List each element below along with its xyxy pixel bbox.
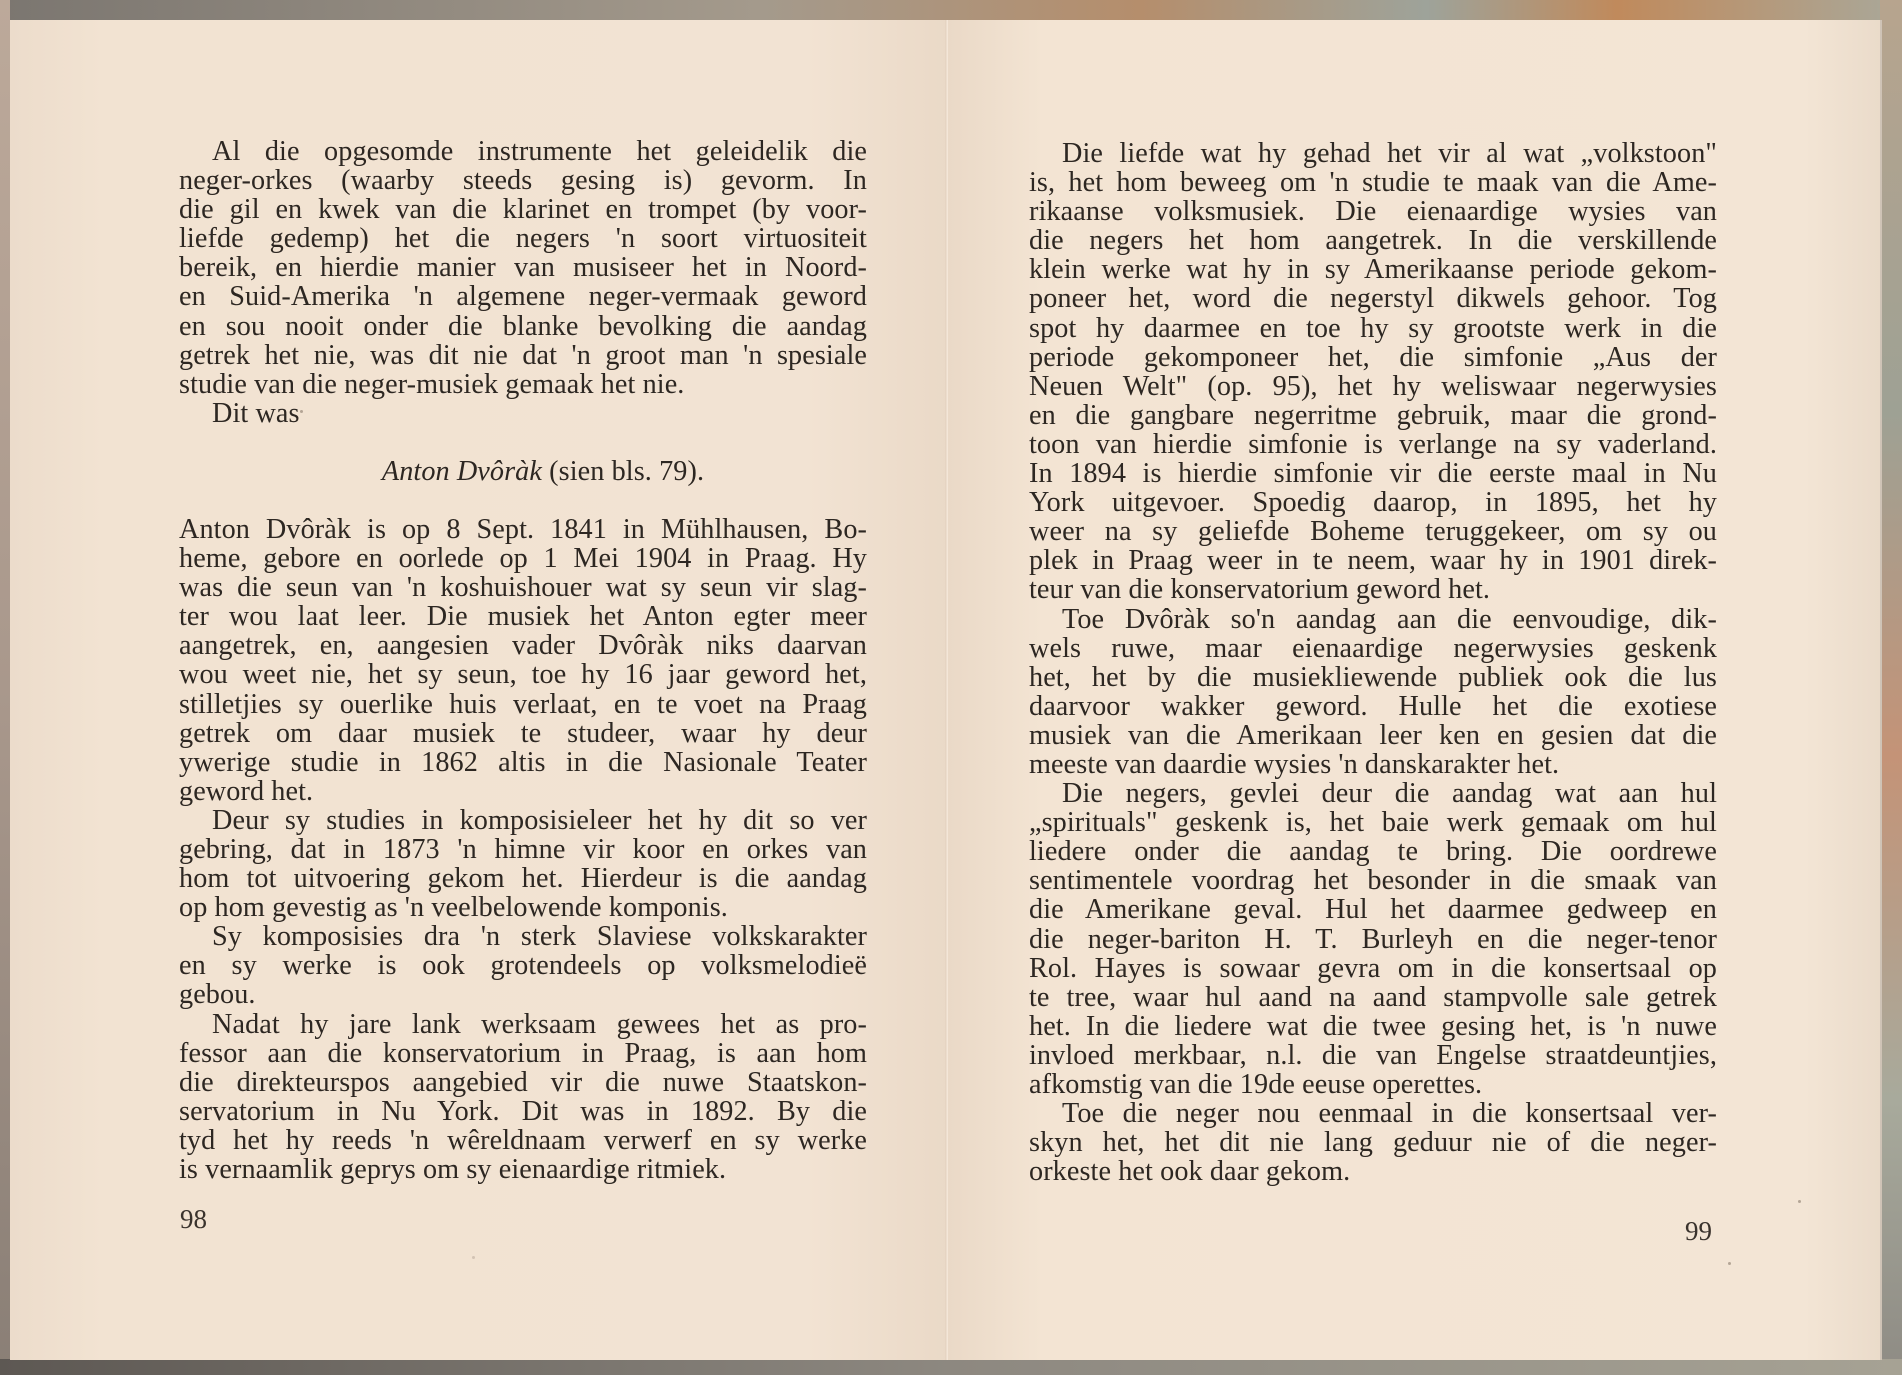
book-cover-right-edge [1880,0,1902,1375]
paragraph: Sy komposisies dra 'n sterk Slaviese vol… [179,922,867,1009]
book-cover-bottom-edge [0,1359,1902,1375]
text-line: periode gekomponeer het, die simfonie „A… [1029,343,1717,372]
paragraph: Anton Dvôràk is op 8 Sept. 1841 in Mühlh… [179,515,867,806]
text-line: die direkteurspos aangebied vir die nuwe… [179,1068,867,1097]
text-line: ywerige studie in 1862 altis in die Nasi… [179,748,867,777]
text-line: heme, gebore en oorlede op 1 Mei 1904 in… [179,544,867,573]
text-line: klein werke wat hy in sy Amerikaanse per… [1029,255,1717,284]
paragraph: Die liefde wat hy gehad het vir al wat „… [1029,139,1717,605]
text-line: teur van die konservatorium geword het. [1029,575,1717,604]
text-line: Toe Dvôràk so'n aandag aan die eenvoudig… [1029,605,1717,634]
text-line: Rol. Hayes is sowaar gevra om in die kon… [1029,954,1717,983]
text-line: te tree, waar hul aand na aand stampvoll… [1029,983,1717,1012]
text-line: getrek om daar musiek te studeer, waar h… [179,719,867,748]
left-page-text-column: Al die opgesomde instrumente het geleide… [179,137,867,1184]
paper-speck [1798,1200,1801,1203]
paragraph: Die negers, gevlei deur die aandag wat a… [1029,779,1717,1099]
text-line: en sy werke is ook grotendeels op volksm… [179,951,867,980]
text-line: invloed merkbaar, n.l. die van Engelse s… [1029,1041,1717,1070]
text-line: plek in Praag weer in te neem, waar hy i… [1029,546,1717,575]
text-line: Die liefde wat hy gehad het vir al wat „… [1029,139,1717,168]
text-line: Toe die neger nou eenmaal in die konsert… [1029,1099,1717,1128]
text-line: gebring, dat in 1873 'n himne vir koor e… [179,835,867,864]
text-line: toon van hierdie simfonie is verlange na… [1029,430,1717,459]
text-line: is vernaamlik geprys om sy eienaardige r… [179,1155,867,1184]
text-line: tyd het hy reeds 'n wêreldnaam verwerf e… [179,1126,867,1155]
text-line: het. In die liedere wat die twee gesing … [1029,1012,1717,1041]
text-line: neger-orkes (waarby steeds gesing is) ge… [179,166,867,195]
paragraph: Dit was [179,399,867,428]
text-line: rikaanse volksmusiek. Die eienaardige wy… [1029,197,1717,226]
text-line: wou weet nie, het sy seun, toe hy 16 jaa… [179,660,867,689]
text-line: studie van die neger-musiek gemaak het n… [179,370,867,399]
text-line: „spirituals" geskenk is, het baie werk g… [1029,808,1717,837]
text-line: aangetrek, en, aangesien vader Dvôràk ni… [179,631,867,660]
text-line: meeste van daardie wysies 'n danskarakte… [1029,750,1717,779]
paper-speck [300,410,303,413]
text-line: ter wou laat leer. Die musiek het Anton … [179,602,867,631]
section-heading: Anton Dvôràk (sien bls. 79). [179,457,867,486]
paragraph: Toe die neger nou eenmaal in die konsert… [1029,1099,1717,1186]
text-line: Dit was [179,399,867,428]
paragraph: Nadat hy jare lank werksaam gewees het a… [179,1010,867,1185]
text-line: die gil en kwek van die klarinet en trom… [179,195,867,224]
text-line: bereik, en hierdie manier van musiseer h… [179,253,867,282]
text-line: orkeste het ook daar gekom. [1029,1157,1717,1186]
text-line: het, het by die musiekliewende publiek o… [1029,663,1717,692]
text-line: gebou. [179,980,867,1009]
text-line: getrek het nie, was dit nie dat 'n groot… [179,341,867,370]
left-page: Al die opgesomde instrumente het geleide… [10,20,948,1360]
right-page-text-column: Die liefde wat hy gehad het vir al wat „… [1029,139,1717,1186]
text-line: wels ruwe, maar eienaardige negerwysies … [1029,634,1717,663]
text-line: York uitgevoer. Spoedig daarop, in 1895,… [1029,488,1717,517]
heading-name: Anton Dvôràk [382,456,542,487]
text-line: Al die opgesomde instrumente het geleide… [179,137,867,166]
text-line: stilletjies sy ouerlike huis verlaat, en… [179,690,867,719]
text-line: daarvoor wakker geword. Hulle het die ex… [1029,692,1717,721]
text-line: sentimentele voordrag het besonder in di… [1029,866,1717,895]
text-line: weer na sy geliefde Boheme teruggekeer, … [1029,517,1717,546]
text-line: en sou nooit onder die blanke bevolking … [179,312,867,341]
text-line: musiek van die Amerikaan leer ken en ges… [1029,721,1717,750]
text-line: Neuen Welt" (op. 95), het hy weliswaar n… [1029,372,1717,401]
text-line: servatorium in Nu York. Dit was in 1892.… [179,1097,867,1126]
text-line: afkomstig van die 19de eeuse operettes. [1029,1070,1717,1099]
book-cover-left-edge [0,0,10,1375]
text-line: was die seun van 'n koshuishouer wat sy … [179,573,867,602]
text-line: poneer het, word die negerstyl dikwels g… [1029,284,1717,313]
text-line: en die gangbare negerritme gebruik, maar… [1029,401,1717,430]
text-line: In 1894 is hierdie simfonie vir die eers… [1029,459,1717,488]
text-line: spot hy daarmee en toe hy sy grootste we… [1029,314,1717,343]
text-line: skyn het, het dit nie lang geduur nie of… [1029,1128,1717,1157]
right-page: Die liefde wat hy gehad het vir al wat „… [948,20,1882,1360]
paragraph: Toe Dvôràk so'n aandag aan die eenvoudig… [1029,605,1717,780]
text-line: die negers het hom aangetrek. In die ver… [1029,226,1717,255]
text-line: Nadat hy jare lank werksaam gewees het a… [179,1010,867,1039]
paper-speck [1728,1262,1731,1265]
text-line: liefde gedemp) het die negers 'n soort v… [179,224,867,253]
text-line: is, het hom beweeg om 'n studie te maak … [1029,168,1717,197]
text-line: fessor aan die konservatorium in Praag, … [179,1039,867,1068]
text-line: en Suid-Amerika 'n algemene neger-vermaa… [179,282,867,311]
page-number-left: 98 [180,1204,207,1235]
text-line: hom tot uitvoering gekom het. Hierdeur i… [179,864,867,893]
text-line: die Amerikane geval. Hul het daarmee ged… [1029,895,1717,924]
text-line: op hom gevestig as 'n veelbelowende komp… [179,893,867,922]
paper-speck [472,1256,475,1259]
paragraph: Deur sy studies in komposisieleer het hy… [179,806,867,922]
heading-reference: (sien bls. 79). [549,456,704,487]
text-line: Die negers, gevlei deur die aandag wat a… [1029,779,1717,808]
text-line: Anton Dvôràk is op 8 Sept. 1841 in Mühlh… [179,515,867,544]
text-line: Sy komposisies dra 'n sterk Slaviese vol… [179,922,867,951]
paragraph: Al die opgesomde instrumente het geleide… [179,137,867,399]
text-line: liedere onder die aandag te bring. Die o… [1029,837,1717,866]
text-line: die neger-bariton H. T. Burleyh en die n… [1029,925,1717,954]
page-number-right: 99 [1685,1216,1712,1247]
text-line: Deur sy studies in komposisieleer het hy… [179,806,867,835]
text-line: geword het. [179,777,867,806]
